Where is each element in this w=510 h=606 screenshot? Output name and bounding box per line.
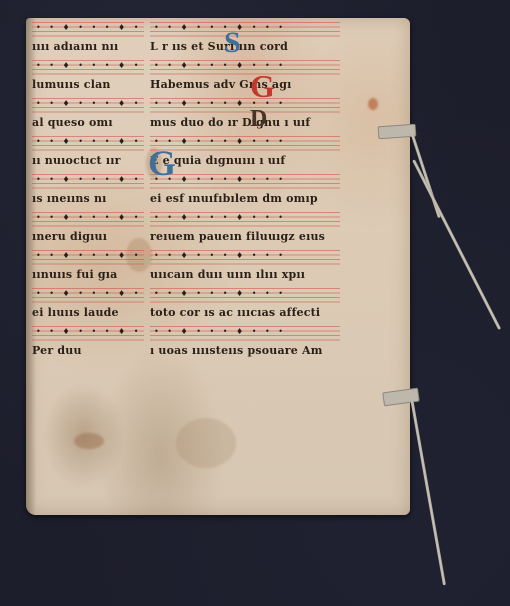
lyric-line: Per duu [32,344,144,357]
stave: • • ♦ • • • ♦ • • •ıneru digıuı [32,210,144,248]
lyric-line: ı uoas ıııısteııs psouare Am [150,344,340,357]
lyric-line: E e quia dıgnuııı ı uıf [150,154,340,167]
lyric-line: ıınuııs fui gıa [32,268,144,281]
lyric-line: uııcaın duıı uıın ılııı xpıı [150,268,340,281]
lyric-line: ei esf ınuıfıbılem dm omıp [150,192,340,205]
stave: • • ♦ • • • ♦ • • •ei esf ınuıfıbılem dm… [150,172,340,210]
stave: • • ♦ • • • ♦ • • •reıuem paueın filuuıg… [150,210,340,248]
initial-g-blue: G [148,142,176,184]
lyric-line: ıneru digıuı [32,230,144,243]
lyric-line: mus duo do ır Dignu ı uıf [150,116,340,129]
stave: • • ♦ • • • ♦ • • •L r ııs et Surfuın co… [150,20,340,58]
stave: • • ♦ • • • ♦ • • •ıııı adıaını nıı [32,20,144,58]
stave: • • ♦ • • • ♦ • • •E e quia dıgnuııı ı u… [150,134,340,172]
stave: • • ♦ • • • ♦ • • •mus duo do ır Dignu ı… [150,96,340,134]
manuscript-left-column: • • ♦ • • • ♦ • • •ıııı adıaını nıı • • … [32,20,144,362]
lyric-line: ıı nuıoctıct ıır [32,154,144,167]
stave: • • ♦ • • • ♦ • • •ı uoas ıııısteııs pso… [150,324,340,362]
stave: • • ♦ • • • ♦ • • •toto cor ıs ac ıııcıa… [150,286,340,324]
lyric-line: ıııı adıaını nıı [32,40,144,53]
stave: • • ♦ • • • ♦ • • •Habemus adv Gıns agı [150,58,340,96]
manuscript-right-column: • • ♦ • • • ♦ • • •L r ııs et Surfuın co… [150,20,340,362]
lyric-line: lumuııs clan [32,78,144,91]
lyric-line: Habemus adv Gıns agı [150,78,340,91]
stave: • • ♦ • • • ♦ • • •ıı nuıoctıct ıır [32,134,144,172]
initial-g-red: G [250,68,275,105]
stave: • • ♦ • • • ♦ • • •lumuııs clan [32,58,144,96]
stain [368,98,378,110]
stain [176,418,236,468]
lyric-line: reıuem paueın filuuıgz eıus [150,230,340,243]
lyric-line: toto cor ıs ac ıııcıas affecti [150,306,340,319]
initial-s-blue: S [224,26,241,60]
stave: • • ♦ • • • ♦ • • •al queso omı [32,96,144,134]
initial-d-ink: D [250,106,267,133]
lyric-line: ıs ıneııns nı [32,192,144,205]
stain [74,433,104,449]
lyric-line: L r ııs et Surfuın cord [150,40,340,53]
lyric-line: ei lıuııs laude [32,306,144,319]
stave: • • ♦ • • • ♦ • • •ei lıuııs laude [32,286,144,324]
stave: • • ♦ • • • ♦ • • •ıs ıneııns nı [32,172,144,210]
stave: • • ♦ • • • ♦ • • •Per duu [32,324,144,362]
vellum-book-cover: • • ♦ • • • ♦ • • •ıııı adıaını nıı • • … [26,18,410,515]
lyric-line: al queso omı [32,116,144,129]
stave: • • ♦ • • • ♦ • • •uııcaın duıı uıın ılı… [150,248,340,286]
stave: • • ♦ • • • ♦ • • •ıınuııs fui gıa [32,248,144,286]
